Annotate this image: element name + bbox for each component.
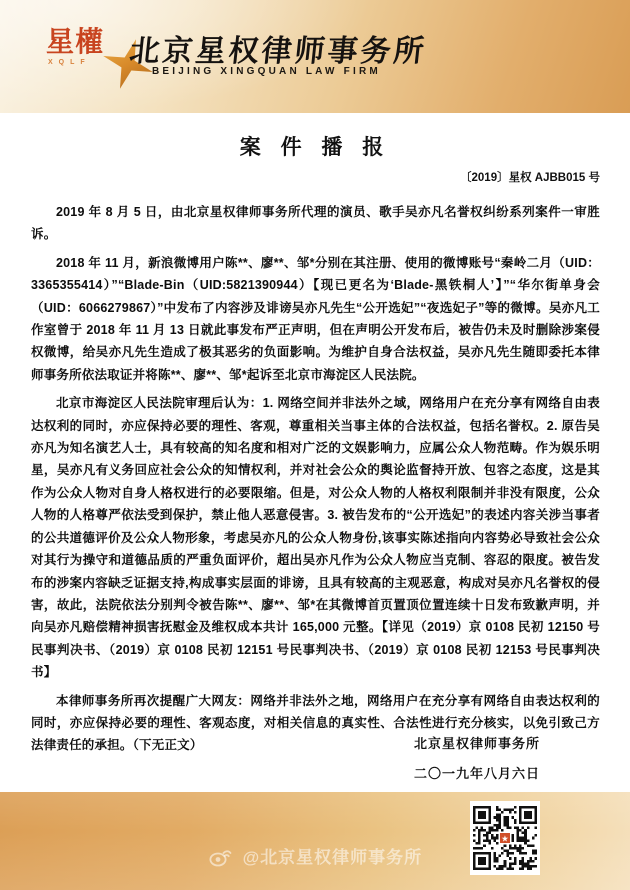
document-number: 〔2019〕星权 AJBB015 号 <box>460 169 600 185</box>
signature-block: 北京星权律师事务所 二〇一九年八月六日 <box>414 729 540 789</box>
signature-date: 二〇一九年八月六日 <box>414 759 540 789</box>
logo-seal-sub: XQLF <box>46 59 104 66</box>
logo-seal: 星權 XQLF <box>46 27 104 66</box>
weibo-watermark-text: @北京星权律师事务所 <box>243 848 423 867</box>
paragraph-verdict-summary: 2019 年 8 月 5 日，由北京星权律师事务所代理的演员、歌手吴亦凡名誉权纠… <box>31 201 600 246</box>
signature-firm-name: 北京星权律师事务所 <box>414 729 540 759</box>
firm-logo: 星權 XQLF <box>46 27 104 66</box>
paragraph-court-findings: 北京市海淀区人民法院审理后认为：1. 网络空间并非法外之域，网络用户在充分享有网… <box>31 392 600 683</box>
weibo-watermark: @北京星权律师事务所 <box>0 843 630 872</box>
document-body: 2019 年 8 月 5 日，由北京星权律师事务所代理的演员、歌手吴亦凡名誉权纠… <box>31 201 600 763</box>
document-title: 案 件 播 报 <box>0 131 630 161</box>
firm-name-en: BEIJING XINGQUAN LAW FIRM <box>152 66 381 77</box>
svg-text:★: ★ <box>501 833 509 843</box>
weibo-eye-icon <box>208 847 232 872</box>
firm-name-cn: 北京星权律师事务所 <box>128 26 430 70</box>
paragraph-case-background: 2018 年 11 月，新浪微博用户陈**、廖**、邹*分别在其注册、使用的微博… <box>31 252 600 386</box>
logo-seal-text: 星權 <box>46 27 104 57</box>
case-report-page: 星權 XQLF 北京星权律师事务所 BEIJING XINGQUAN L <box>0 0 630 890</box>
header-band: 星權 XQLF 北京星权律师事务所 BEIJING XINGQUAN L <box>0 0 630 113</box>
